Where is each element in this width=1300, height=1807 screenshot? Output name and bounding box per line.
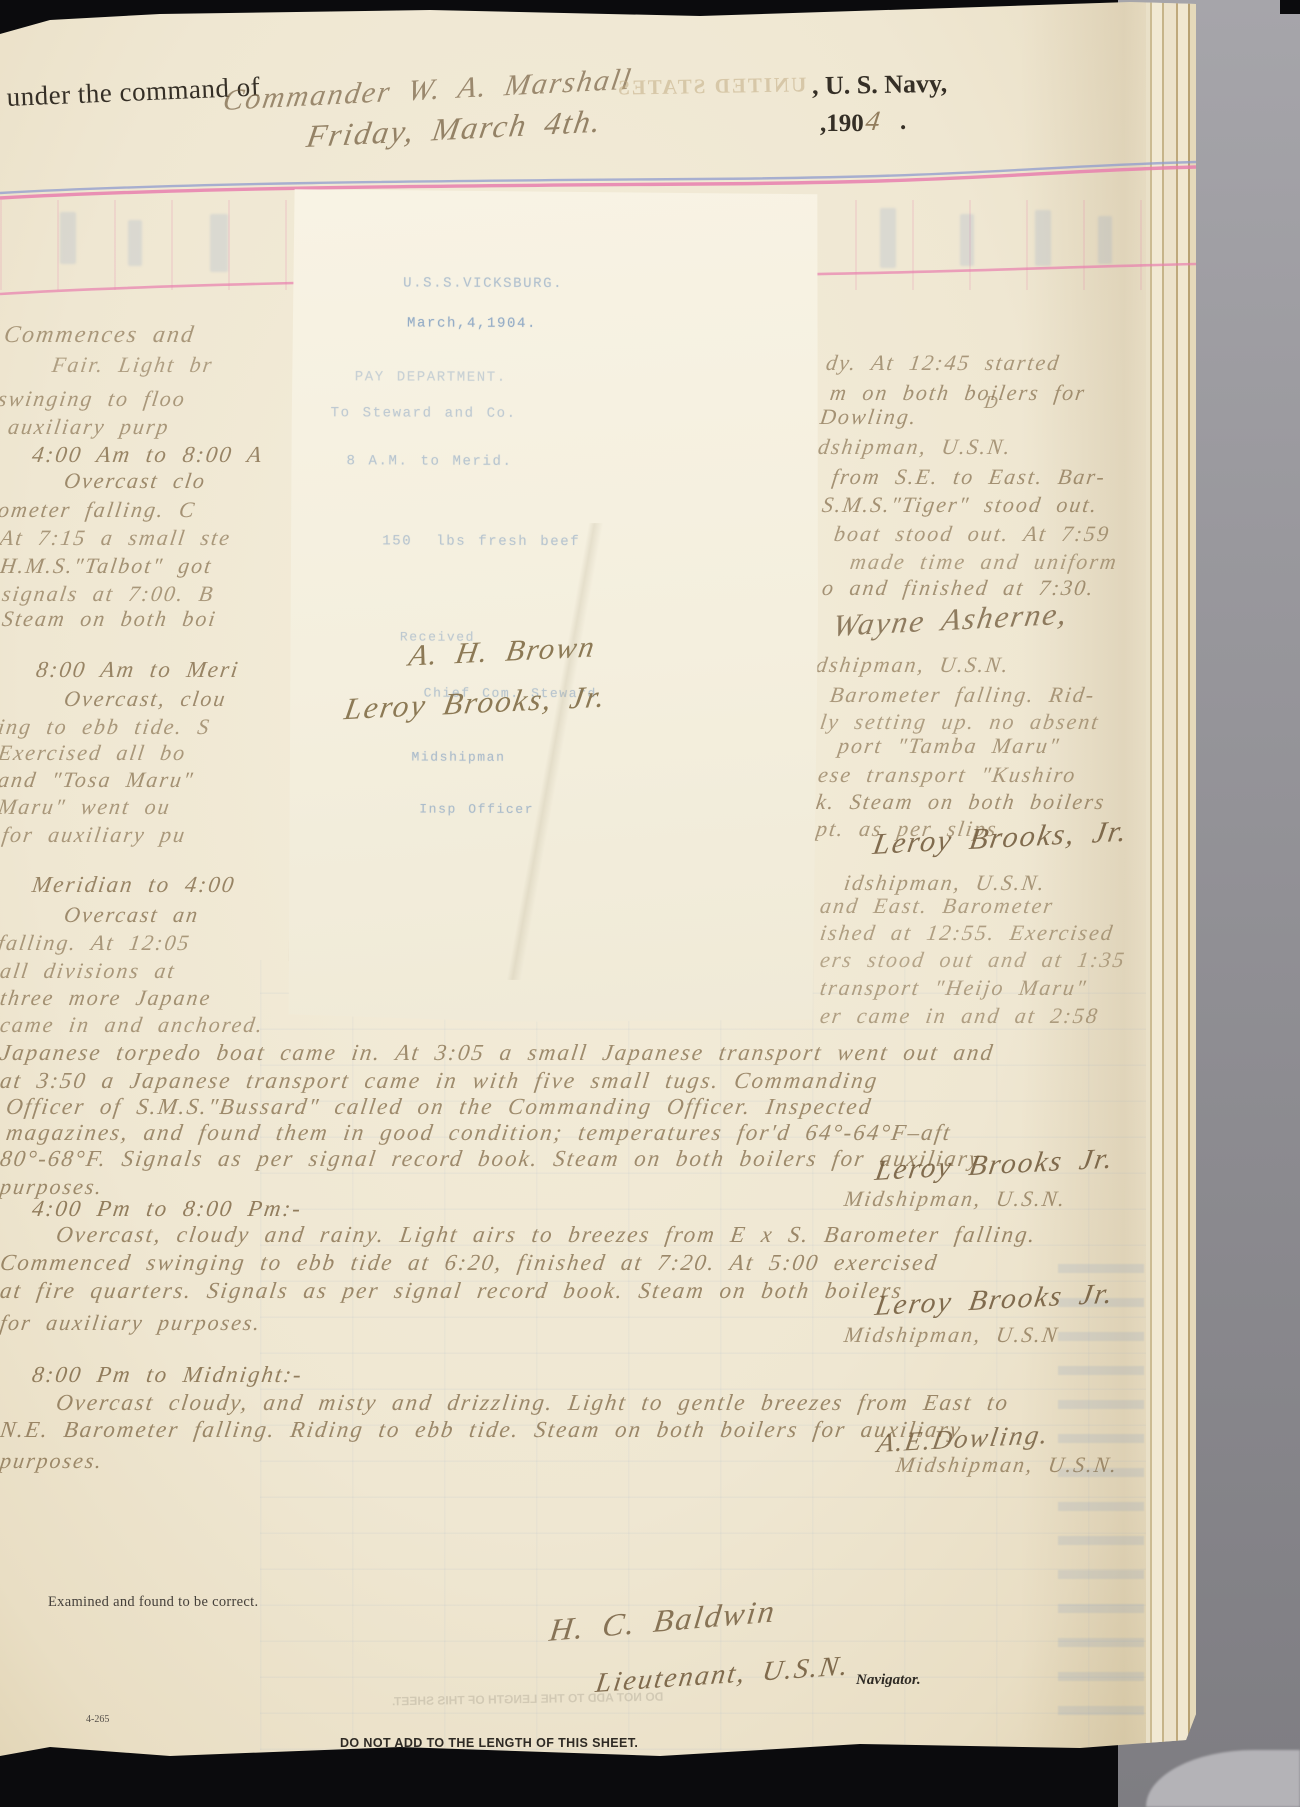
typed-line: U.S.S.VICKSBURG. xyxy=(403,275,563,292)
typed-line: Insp Officer xyxy=(419,802,534,817)
handwritten-line: magazines, and found them in good condit… xyxy=(4,1120,953,1146)
typed-line: Midshipman xyxy=(411,750,505,765)
warning-text: DO NOT ADD TO THE LENGTH OF THIS SHEET. xyxy=(340,1736,638,1750)
handwritten-line: for auxiliary purposes. xyxy=(0,1310,263,1336)
handwritten-line: Midshipman, U.S.N. xyxy=(894,1452,1120,1478)
handwritten-line: Overcast, cloudy and rainy. Light airs t… xyxy=(54,1222,1038,1248)
handwritten-line: 80°-68°F. Signals as per signal record b… xyxy=(0,1146,983,1172)
signature-line: Leroy Brooks, Jr. xyxy=(342,679,610,728)
photo-of-logbook: under the command of Commander W. A. Mar… xyxy=(0,0,1300,1807)
handwritten-line: N.E. Barometer falling. Riding to ebb ti… xyxy=(0,1417,964,1443)
typed-line: To Steward and Co. xyxy=(331,405,517,422)
typed-line: March,4,1904. xyxy=(407,315,537,331)
pasted-receipt-slip: U.S.S.VICKSBURG.March,4,1904.PAY DEPARTM… xyxy=(289,189,820,1023)
handwritten-line: Officer of S.M.S."Bussard" called on the… xyxy=(4,1094,874,1120)
handwritten-line: at 3:50 a Japanese transport came in wit… xyxy=(0,1068,880,1094)
typed-line: 150 lbs fresh beef xyxy=(382,533,580,550)
handwritten-line: Commenced swinging to ebb tide at 6:20, … xyxy=(0,1250,940,1276)
handwritten-line: Japanese torpedo boat came in. At 3:05 a… xyxy=(0,1040,996,1066)
handwritten-line: at fire quarters. Signals as per signal … xyxy=(0,1278,905,1304)
handwritten-line: Midshipman, U.S.N. xyxy=(842,1186,1068,1212)
typed-line: PAY DEPARTMENT. xyxy=(355,369,507,386)
typed-line: 8 A.M. to Merid. xyxy=(346,453,512,470)
navigator-label: Navigator. xyxy=(856,1672,921,1689)
handwritten-line: 4:00 Pm to 8:00 Pm:- xyxy=(30,1196,304,1222)
handwritten-line: Midshipman, U.S.N xyxy=(842,1322,1060,1348)
handwritten-line: purposes. xyxy=(0,1448,105,1474)
handwritten-line: 8:00 Pm to Midnight:- xyxy=(30,1362,304,1388)
slip-text: U.S.S.VICKSBURG.March,4,1904.PAY DEPARTM… xyxy=(289,189,820,1023)
form-number: 4-265 xyxy=(86,1714,109,1725)
signature-line: Leroy Brooks Jr. xyxy=(873,1278,1117,1323)
examined-statement: Examined and found to be correct. xyxy=(48,1594,258,1611)
handwritten-line: Overcast cloudy, and misty and drizzling… xyxy=(54,1390,1011,1416)
typed-line: Chief Com. Steward xyxy=(424,686,597,702)
